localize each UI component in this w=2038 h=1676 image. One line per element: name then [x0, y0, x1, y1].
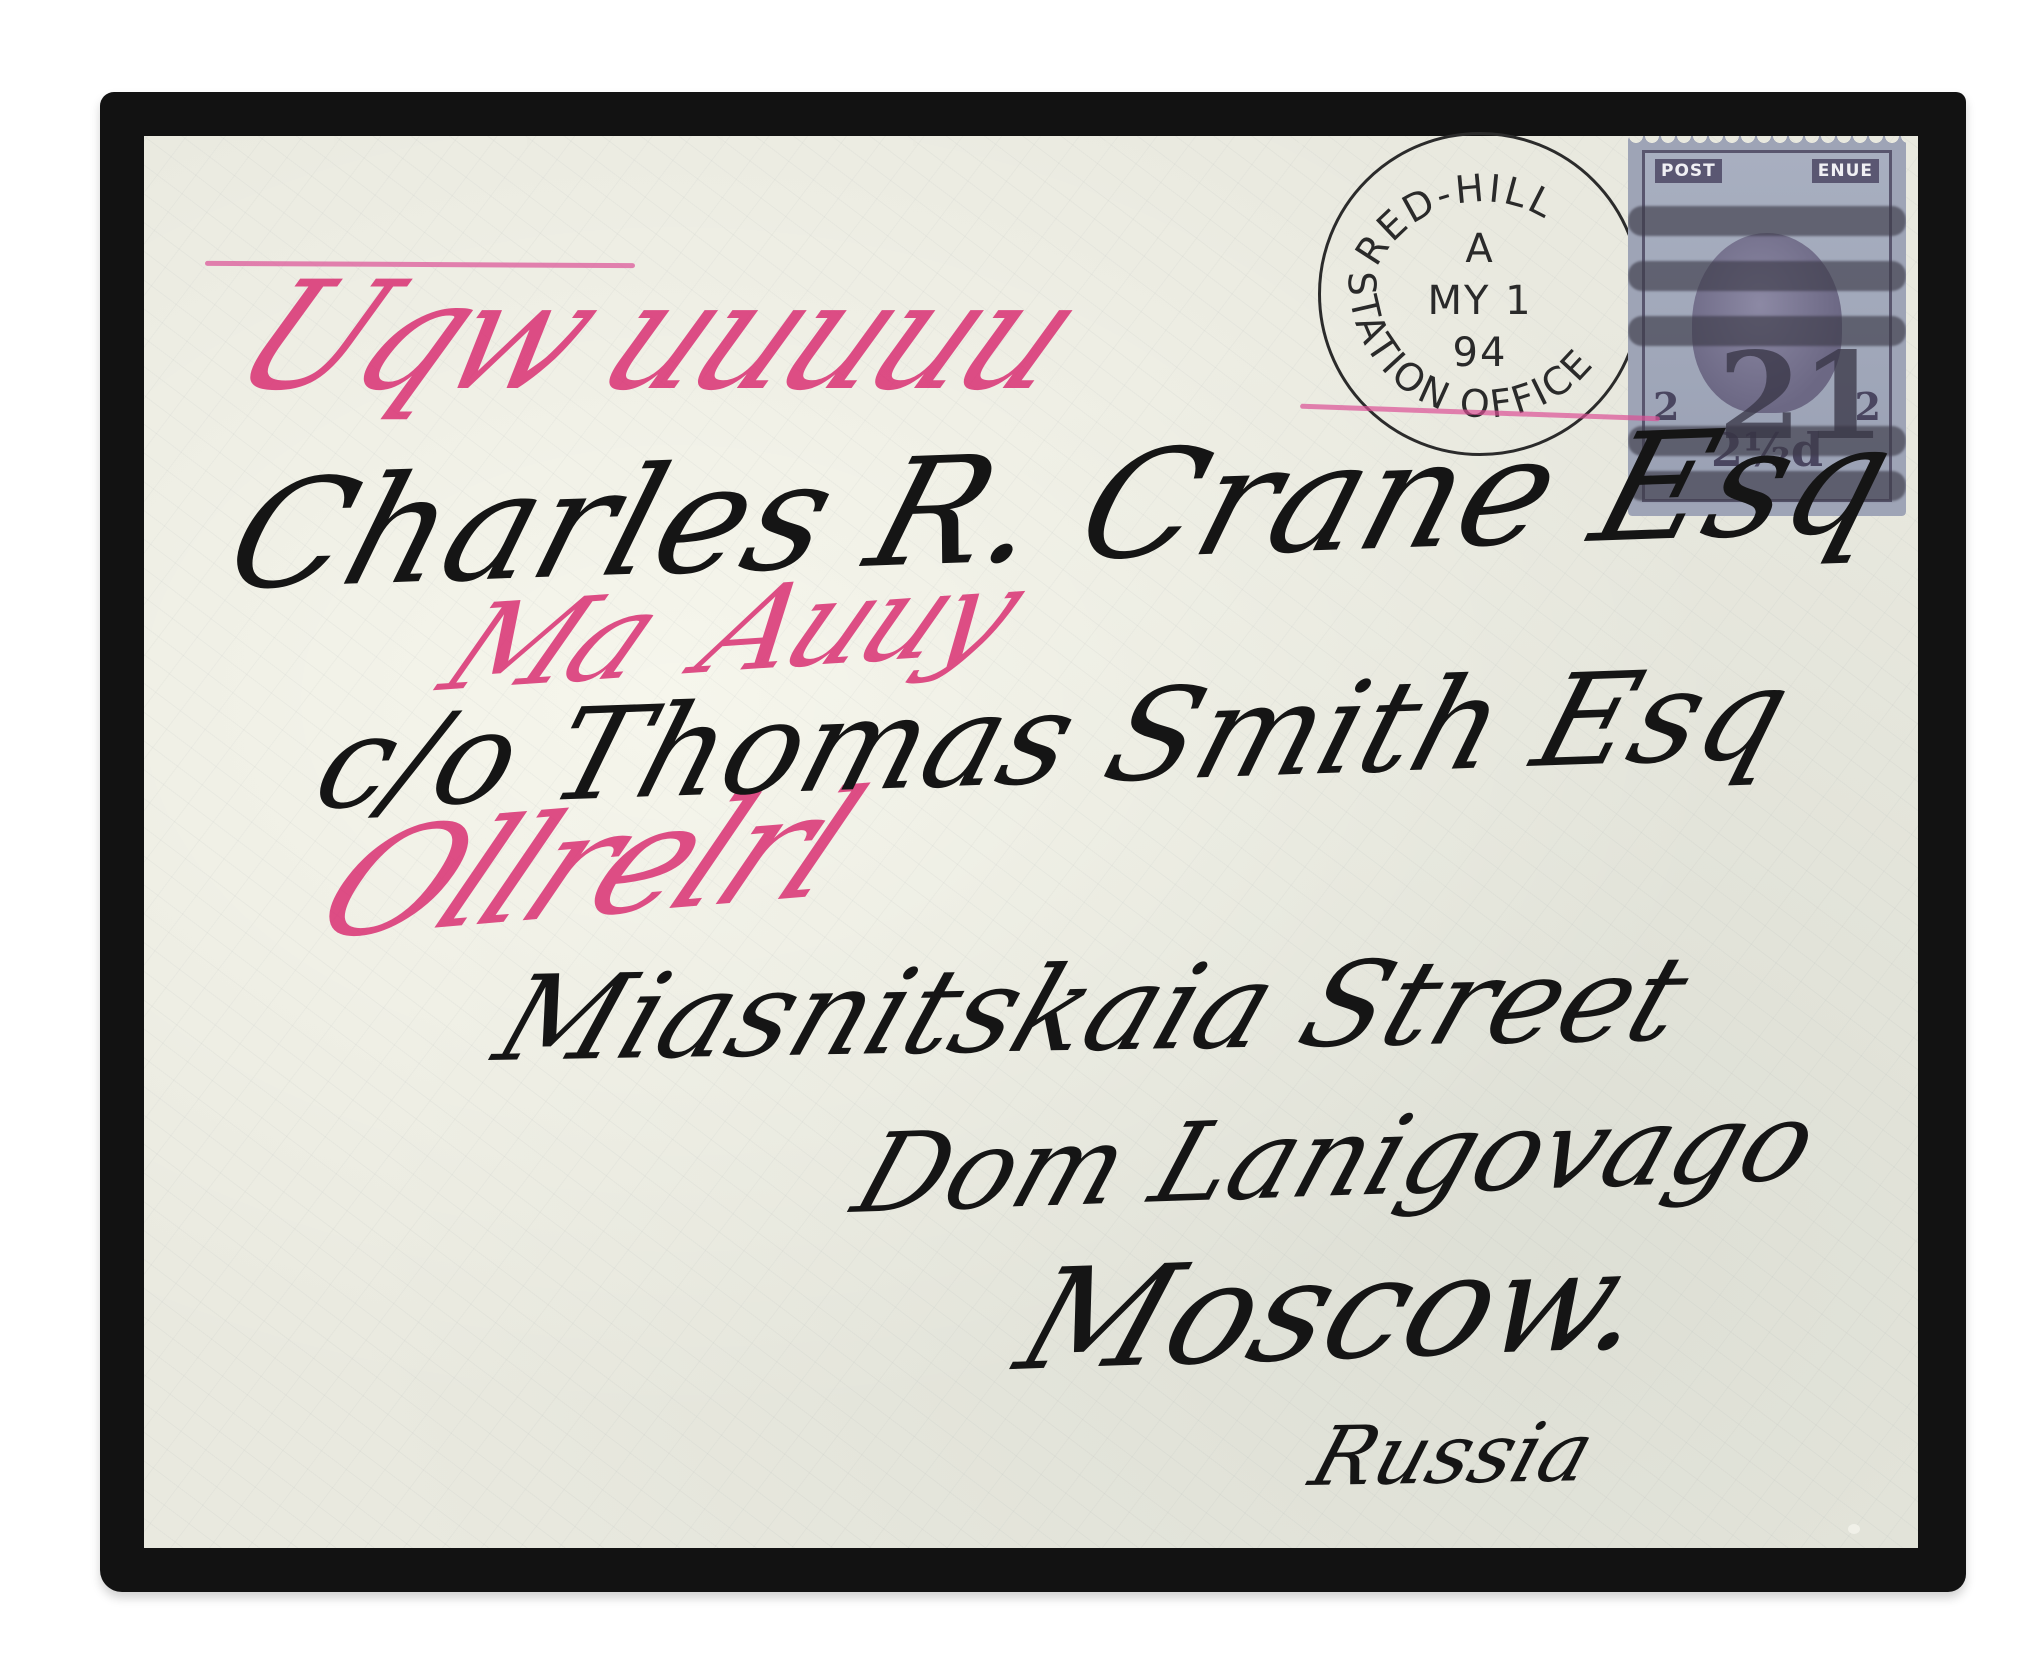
obliterator-bar	[1628, 206, 1906, 236]
postmark-year: 94	[1321, 327, 1639, 379]
postmark-date-block: A MY 1 94	[1321, 223, 1639, 379]
stamp-inscription: POST ENUE	[1645, 159, 1889, 183]
postmark-code: A	[1321, 223, 1639, 275]
postmark-date: MY 1	[1321, 275, 1639, 327]
stamp-inscription-right: ENUE	[1812, 159, 1879, 183]
obliterator-bar	[1628, 261, 1906, 291]
address-line-6: Russia	[1300, 1405, 1605, 1505]
address-line-5: Moscow.	[1000, 1219, 1671, 1403]
red-annotation-line-1: Uqw uuuuu	[205, 250, 1107, 424]
paper-hole	[1848, 1524, 1860, 1534]
stamp-inscription-left: POST	[1655, 159, 1722, 183]
address-line-3: Miasnitskaia Street	[480, 930, 1705, 1088]
